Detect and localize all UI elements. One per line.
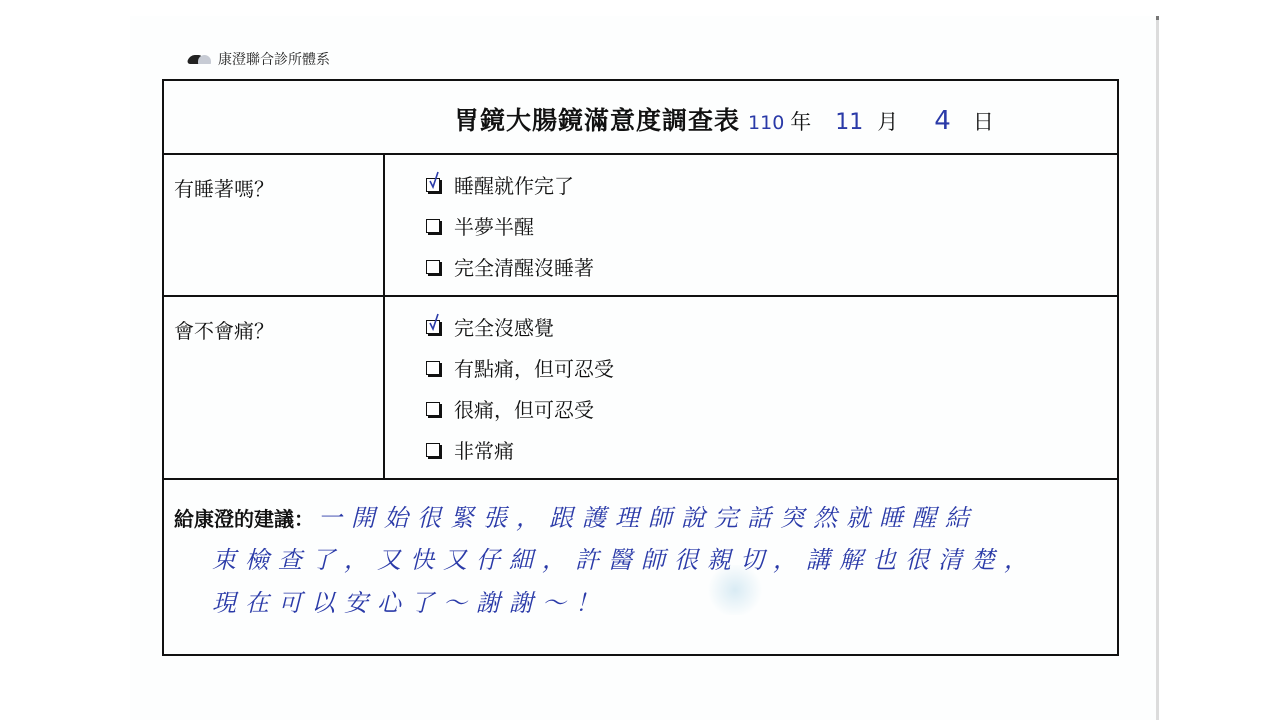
suggestion-line-1[interactable]: 一開始很緊張，跟護理師說完話突然就睡醒結: [318, 498, 978, 533]
form-header: 胃鏡大腸鏡滿意度調查表 110 年 11 月 4 日: [454, 101, 1000, 141]
clinic-logo-icon: [188, 53, 212, 65]
checkbox[interactable]: [426, 361, 440, 375]
checkbox-checked[interactable]: [426, 178, 440, 192]
option-pain-4[interactable]: 非常痛: [426, 429, 614, 470]
scan-edge-tip: [1156, 16, 1159, 20]
checkbox[interactable]: [426, 260, 440, 274]
option-pain-3[interactable]: 很痛，但可忍受: [426, 388, 614, 429]
day-unit: 日: [973, 106, 994, 136]
question-pain-label: 會不會痛？: [174, 315, 274, 344]
suggestion-line-2[interactable]: 束檢查了，又快又仔細，許醫師很親切，講解也很清楚，: [212, 540, 1037, 575]
date-day[interactable]: 4: [934, 106, 951, 136]
question-sleep-label: 有睡著嗎？: [174, 173, 274, 202]
date-month[interactable]: 11: [835, 110, 863, 135]
date-year[interactable]: 110: [748, 112, 784, 134]
year-unit: 年: [790, 106, 811, 136]
survey-form: 胃鏡大腸鏡滿意度調查表 110 年 11 月 4 日 有睡著嗎？ 睡醒就作完了 …: [162, 79, 1119, 656]
option-sleep-1[interactable]: 睡醒就作完了: [426, 164, 594, 205]
question-pain-options: 完全沒感覺 有點痛，但可忍受 很痛，但可忍受 非常痛: [426, 306, 614, 470]
option-label: 非常痛: [454, 435, 514, 464]
checkmark-icon: [429, 313, 439, 331]
option-label: 完全沒感覺: [454, 312, 554, 341]
suggestion-line-3[interactable]: 現在可以安心了～謝謝～！: [212, 583, 608, 618]
checkbox[interactable]: [426, 402, 440, 416]
brand-header: 康澄聯合診所體系: [188, 49, 330, 69]
brand-name: 康澄聯合診所體系: [218, 49, 330, 69]
option-label: 半夢半醒: [454, 211, 534, 240]
checkmark-icon: [429, 171, 439, 189]
option-pain-1[interactable]: 完全沒感覺: [426, 306, 614, 347]
scan-smudge: [705, 565, 765, 615]
option-label: 很痛，但可忍受: [454, 394, 594, 423]
form-title: 胃鏡大腸鏡滿意度調查表: [454, 101, 740, 137]
divider: [164, 295, 1117, 297]
checkbox-checked[interactable]: [426, 320, 440, 334]
checkbox[interactable]: [426, 443, 440, 457]
option-sleep-3[interactable]: 完全清醒沒睡著: [426, 246, 594, 287]
month-unit: 月: [877, 106, 898, 136]
checkbox[interactable]: [426, 219, 440, 233]
option-label: 完全清醒沒睡著: [454, 252, 594, 281]
option-label: 有點痛，但可忍受: [454, 353, 614, 382]
option-sleep-2[interactable]: 半夢半醒: [426, 205, 594, 246]
column-divider: [383, 153, 385, 480]
divider: [164, 153, 1117, 155]
scan-edge: [1156, 16, 1159, 720]
suggestion-section: 給康澄的建議： 一開始很緊張，跟護理師說完話突然就睡醒結 束檢查了，又快又仔細，…: [164, 480, 1117, 656]
option-label: 睡醒就作完了: [454, 170, 574, 199]
suggestion-label: 給康澄的建議：: [174, 503, 314, 532]
option-pain-2[interactable]: 有點痛，但可忍受: [426, 347, 614, 388]
question-sleep-options: 睡醒就作完了 半夢半醒 完全清醒沒睡著: [426, 164, 594, 287]
